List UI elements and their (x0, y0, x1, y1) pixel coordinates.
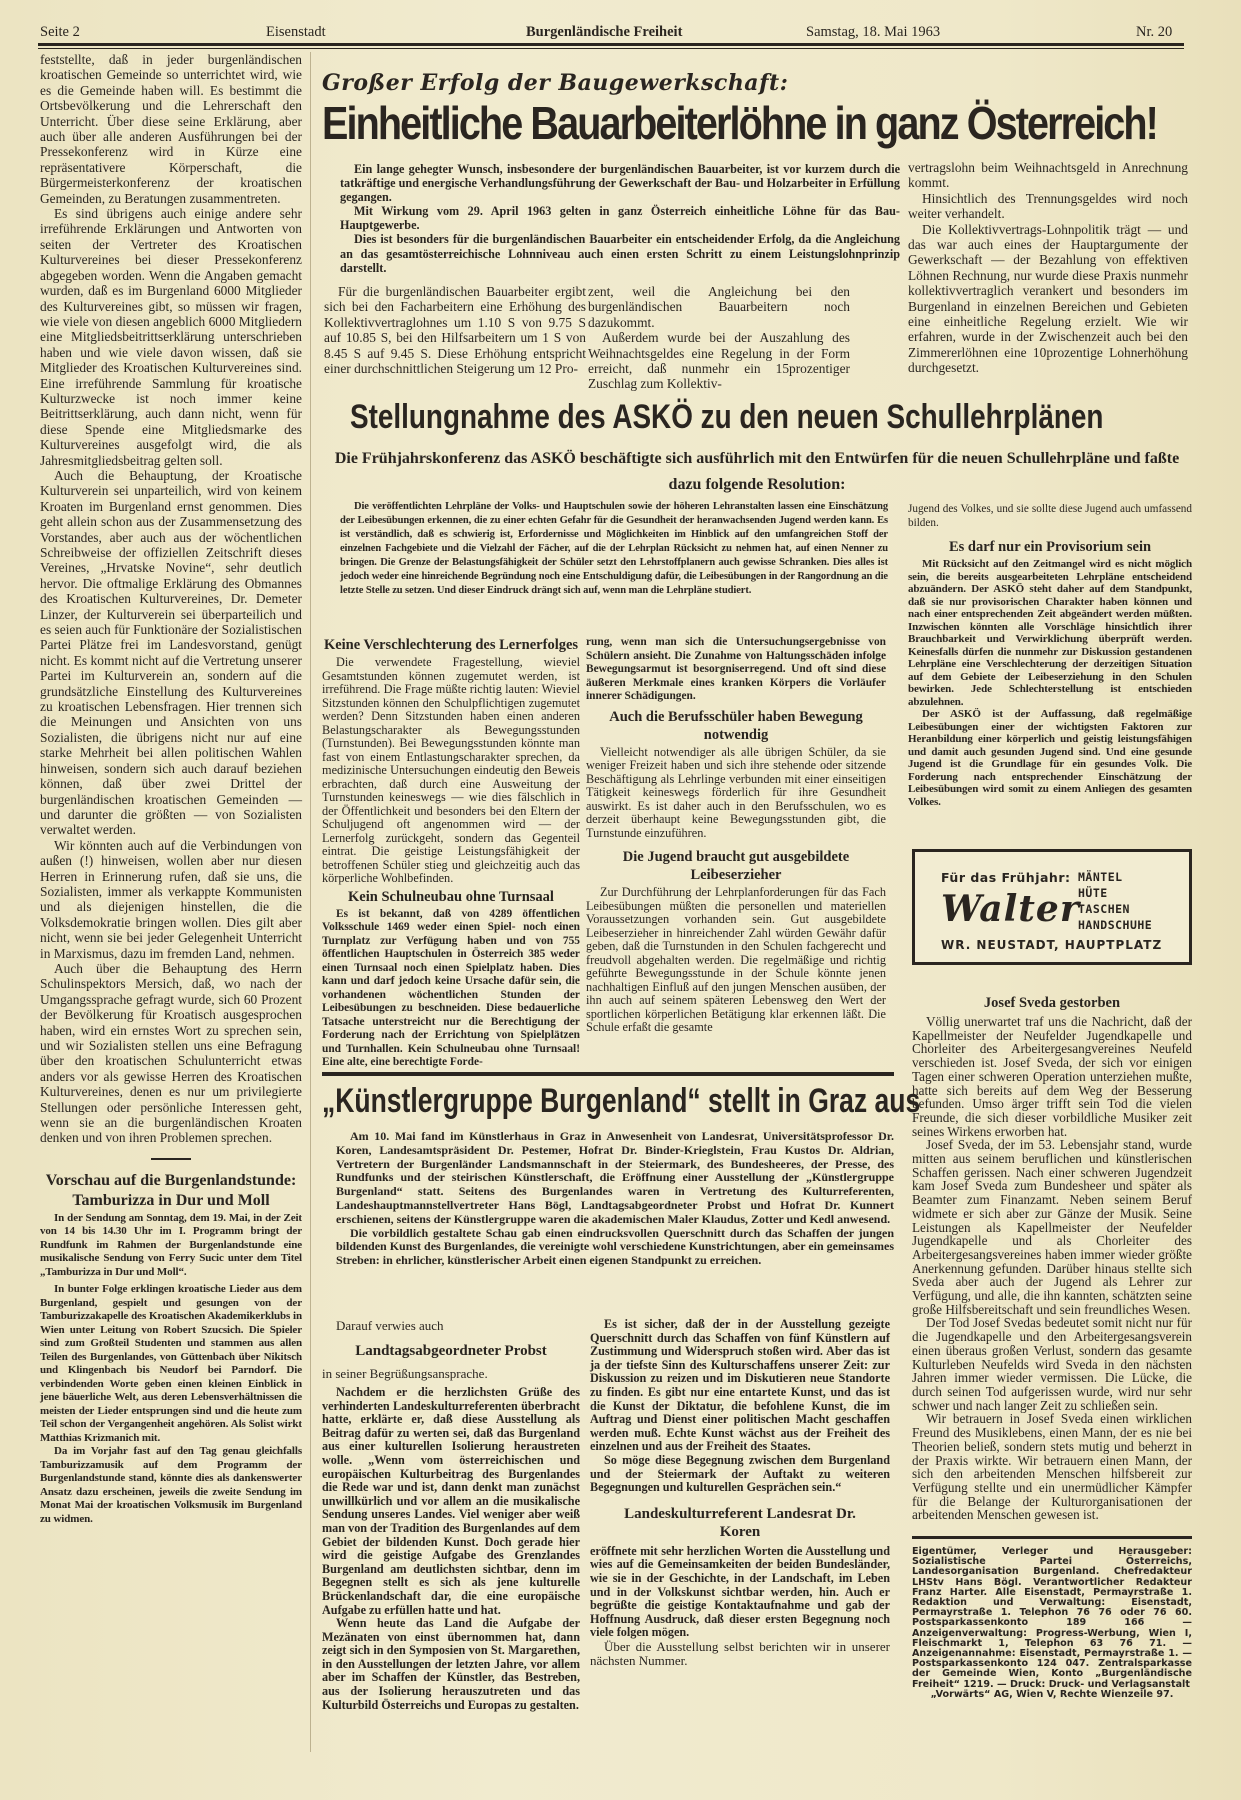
paragraph: Der Tod Josef Svedas bedeutet somit nich… (912, 1316, 1192, 1412)
paragraph: Wir könnten auch auf die Verbindungen vo… (40, 838, 302, 961)
paragraph: Mit Wirkung vom 29. April 1963 gelten in… (340, 204, 900, 232)
masthead-rule (38, 43, 1184, 49)
paragraph: Die veröffentlichten Lehrpläne der Volks… (340, 500, 888, 598)
article-kicker: Großer Erfolg der Baugewerkschaft: (322, 70, 1182, 96)
paragraph: Es ist sicher, daß der in der Ausstellun… (590, 1318, 890, 1454)
paragraph: Vielleicht notwendiger als alle übrigen … (586, 746, 886, 841)
article-title: Vorschau auf die Burgenlandstunde: (40, 1172, 302, 1190)
bau-lead: Ein lange gehegter Wunsch, insbesondere … (340, 162, 900, 275)
city: Eisenstadt (266, 24, 326, 41)
paragraph: Nachdem er die herzlichsten Grüße des ve… (322, 1386, 580, 1617)
paragraph: Josef Sveda, der im 53. Lebensjahr stand… (912, 1138, 1192, 1316)
paragraph: rung, wenn man sich die Untersuchungserg… (586, 636, 886, 704)
paragraph: Zur Durchführung der Lehrplanforderungen… (586, 886, 886, 1035)
paragraph: eröffnete mit sehr herzlichen Worten die… (590, 1545, 890, 1640)
article-title: Josef Sveda gestorben (912, 994, 1192, 1012)
paragraph: In der Sendung am Sonntag, dem 19. Mai, … (40, 1212, 302, 1280)
kuenstler-column-1: Darauf verwies auch Landtagsabgeordneter… (322, 1318, 580, 1712)
paragraph: Die Kollektivvertrags-Lohnpolitik trägt … (908, 222, 1188, 376)
paragraph: feststellte, daß in jeder burgenländisch… (40, 52, 302, 206)
kuenstler-lead: Am 10. Mai fand im Künstlerhaus in Graz … (336, 1130, 894, 1268)
askoe-lead: Die veröffentlichten Lehrpläne der Volks… (340, 500, 888, 598)
section-title: Auch die Berufsschüler haben Bewegung no… (586, 708, 886, 744)
paragraph: Außerdem wurde bei der Auszahlung des We… (588, 330, 850, 392)
paragraph: Ein lange gehegter Wunsch, insbesondere … (340, 162, 900, 204)
article-subheadline: Die Frühjahrskonferenz das ASKÖ beschäft… (322, 446, 1192, 498)
imprint-rule (912, 1536, 1192, 1539)
posttext: in seiner Begrüßungsansprache. (322, 1366, 580, 1382)
paragraph: Da im Vorjahr fast auf den Tag genau gle… (40, 1445, 302, 1526)
kuenstler-column-2: Es ist sicher, daß der in der Ausstellun… (590, 1318, 890, 1668)
burgenlandstunde-article: Vorschau auf die Burgenlandstunde: Tambu… (40, 1172, 302, 1527)
paragraph: Mit Rücksicht auf den Zeitmangel wird es… (908, 558, 1192, 708)
paragraph: vertragslohn beim Weihnachtsgeld in Anre… (908, 160, 1188, 191)
paragraph: Dies ist besonders für die burgenländisc… (340, 232, 900, 274)
section-title: Die Jugend braucht gut ausgebildete Leib… (586, 848, 886, 884)
bau-column-1: Für die burgenländischen Bauarbeiter erg… (324, 284, 586, 376)
newspaper-page: Seite 2 Eisenstadt Burgenländische Freih… (0, 0, 1241, 1800)
ad-item: TASCHEN (1078, 901, 1152, 917)
bau-column-3: vertragslohn beim Weihnachtsgeld in Anre… (908, 160, 1188, 376)
ad-address: WR. NEUSTADT, HAUPTPLATZ (941, 938, 1162, 952)
section-title: Es darf nur ein Provisorium sein (908, 538, 1192, 556)
masthead: Seite 2 Eisenstadt Burgenländische Freih… (38, 24, 1184, 46)
article-headline: Einheitliche Bauarbeiterlöhne in ganz Ös… (322, 98, 1070, 148)
article-headline: Stellungnahme des ASKÖ zu den neuen Schu… (350, 398, 1103, 437)
paragraph: Die vorbildlich gestaltete Schau gab ein… (336, 1227, 894, 1268)
section-rule (322, 1072, 894, 1076)
askoe-column-2: rung, wenn man sich die Untersuchungserg… (586, 636, 886, 1035)
paragraph: Über die Ausstellung selbst berichten wi… (590, 1640, 890, 1668)
ad-brand: Walter (941, 888, 1080, 930)
walter-advertisement: Für das Frühjahr: MÄNTEL HÜTE TASCHEN HA… (912, 849, 1192, 965)
section-title: Landeskulturreferent Landesrat Dr. Koren (590, 1505, 890, 1541)
ad-items: MÄNTEL HÜTE TASCHEN HANDSCHUHE (1078, 869, 1152, 933)
issue-date: Samstag, 18. Mai 1963 (806, 24, 940, 41)
paragraph: Hinsichtlich des Trennungsgeldes wird no… (908, 191, 1188, 222)
paragraph: Wir betrauern in Josef Sveda einen wirkl… (912, 1412, 1192, 1522)
askoe-column-3: Jugend des Volkes, und sie sollte diese … (908, 502, 1192, 808)
article-subtitle: Tamburizza in Dur und Moll (40, 1192, 302, 1210)
obituary-article: Josef Sveda gestorben Völlig unerwartet … (912, 990, 1192, 1700)
paragraph: Völlig unerwartet traf uns die Nachricht… (912, 1015, 1192, 1138)
paragraph: Wenn heute das Land die Aufgabe der Mezä… (322, 1617, 580, 1712)
ad-item: MÄNTEL (1078, 869, 1152, 885)
paragraph: Am 10. Mai fand im Künstlerhaus in Graz … (336, 1130, 894, 1227)
paragraph: Jugend des Volkes, und sie sollte diese … (908, 502, 1192, 530)
paragraph: zent, weil die Angleichung bei den burge… (588, 284, 850, 330)
article-headline: „Künstlergruppe Burgenland“ stellt in Gr… (322, 1082, 920, 1121)
paragraph: Die verwendete Fragestellung, wieviel Ge… (322, 656, 580, 886)
section-divider (151, 1158, 191, 1160)
section-title: Kein Schulneubau ohne Turnsaal (322, 888, 580, 906)
paragraph: Auch die Behauptung, der Kroatische Kult… (40, 468, 302, 838)
column-divider (310, 52, 311, 1752)
imprint-last-line: „Vorwärts“ AG, Wien V, Rechte Wienzeile … (912, 1690, 1192, 1700)
section-title: Landtagsabgeordneter Probst (322, 1342, 580, 1360)
paper-title: Burgenländische Freiheit (526, 24, 682, 41)
ad-item: HÜTE (1078, 885, 1152, 901)
ad-lead: Für das Frühjahr: (941, 870, 1071, 885)
paragraph: Es ist bekannt, daß von 4289 öffentliche… (322, 908, 580, 1070)
askoe-column-1: Keine Verschlechterung des Lernerfolges … (322, 632, 580, 1070)
left-column-article: feststellte, daß in jeder burgenländisch… (40, 52, 302, 1526)
ad-item: HANDSCHUHE (1078, 917, 1152, 933)
paragraph: So möge diese Begegnung zwischen dem Bur… (590, 1454, 890, 1495)
paragraph: Es sind übrigens auch einige andere sehr… (40, 206, 302, 468)
paragraph: In bunter Folge erklingen kroatische Lie… (40, 1283, 302, 1445)
paragraph: Der ASKÖ ist der Auffassung, daß regelmä… (908, 708, 1192, 808)
imprint: Eigentümer, Verleger und Herausgeber: So… (912, 1547, 1192, 1690)
paragraph: Für die burgenländischen Bauarbeiter erg… (324, 284, 586, 376)
paragraph: Auch über die Behauptung des Herrn Schul… (40, 961, 302, 1146)
pretext: Darauf verwies auch (322, 1318, 580, 1334)
page-number: Seite 2 (40, 24, 80, 41)
issue-number: Nr. 20 (1136, 24, 1172, 41)
section-title: Keine Verschlechterung des Lernerfolges (322, 636, 580, 654)
bau-column-2: zent, weil die Angleichung bei den burge… (588, 284, 850, 392)
